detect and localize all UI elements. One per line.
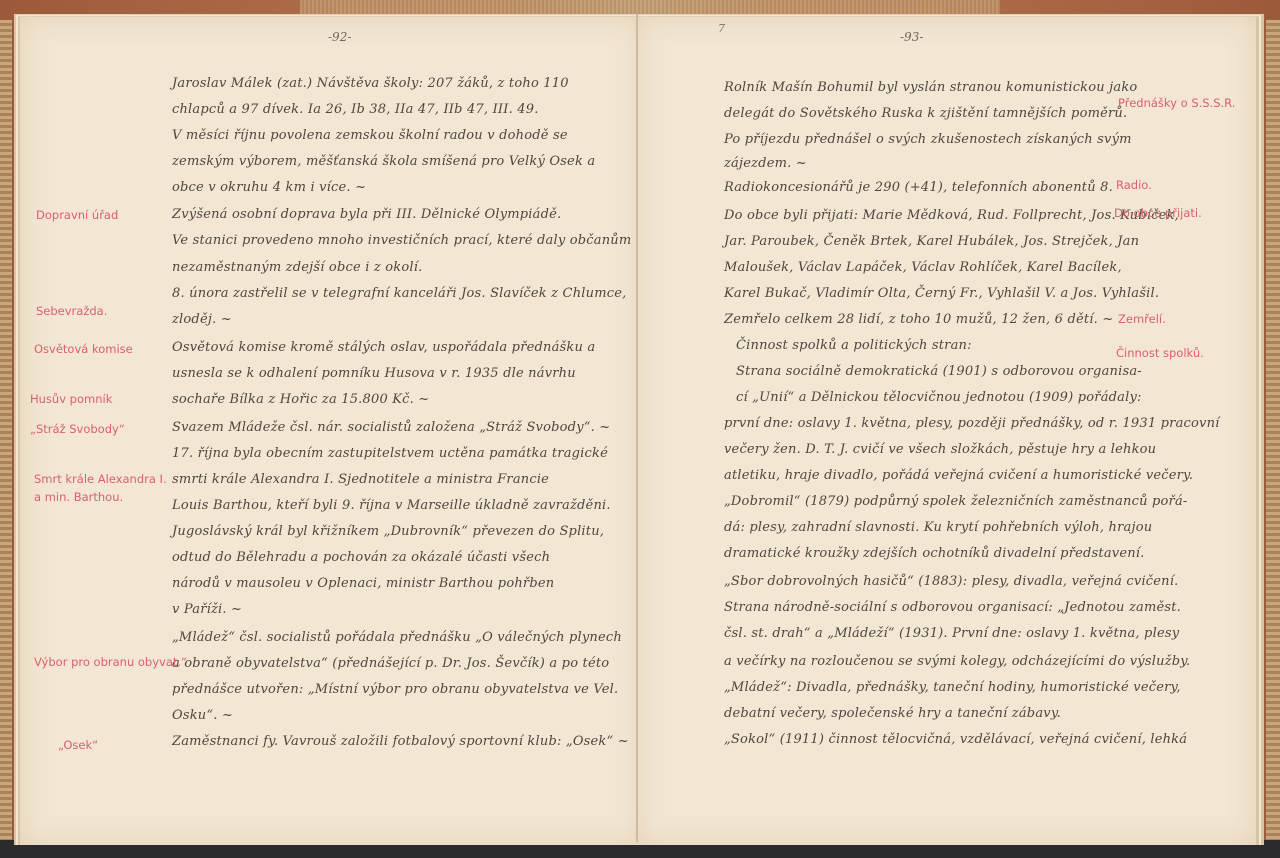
left-line: 17. října byla obecním zastupitelstvem u… (172, 446, 608, 461)
margin-note: Osvětová komise (34, 342, 133, 356)
left-line: V měsíci říjnu povolena zemskou školní r… (172, 128, 568, 143)
left-line: obce v okruhu 4 km i více. ~ (172, 180, 366, 195)
right-line: „Sokol“ (1911) činnost tělocvičná, vzděl… (724, 732, 1187, 747)
left-line: Louis Barthou, kteří byli 9. října v Mar… (172, 498, 611, 513)
left-line: v Paříži. ~ (172, 602, 242, 617)
corner-mark: 7 (718, 22, 725, 35)
margin-note: „Stráž Svobody“ (30, 422, 125, 436)
right-line: debatní večery, společenské hry a tanečn… (724, 706, 1061, 721)
left-line: chlapců a 97 dívek. Ia 26, Ib 38, IIa 47… (172, 102, 539, 117)
left-line: přednášce utvořen: „Místní výbor pro obr… (172, 682, 618, 697)
margin-note: Sebevražda. (36, 304, 107, 318)
right-line: večery žen. D. T. J. cvičí ve všech slož… (724, 442, 1156, 457)
right-line: delegát do Sovětského Ruska k zjištění t… (724, 106, 1127, 121)
margin-note: a min. Barthou. (34, 490, 123, 504)
left-line: „Mládež“ čsl. socialistů pořádala předná… (172, 630, 622, 645)
right-line: Karel Bukač, Vladimír Olta, Černý Fr., V… (724, 286, 1159, 301)
left-line: a obraně obyvatelstva“ (přednášející p. … (172, 656, 609, 671)
left-cover-edge (0, 20, 12, 840)
left-line: odtud do Bělehradu a pochován za okázalé… (172, 550, 550, 565)
right-line: „Mládež“: Divadla, přednášky, taneční ho… (724, 680, 1181, 695)
left-line: zloděj. ~ (172, 312, 232, 327)
book-spine (636, 14, 638, 842)
page-number-left: -92- (328, 30, 351, 44)
right-line: Rolník Mašín Bohumil byl vyslán stranou … (724, 80, 1137, 95)
right-line: Jar. Paroubek, Čeněk Brtek, Karel Hubále… (724, 234, 1139, 249)
margin-note: Smrt krále Alexandra I. (34, 472, 167, 486)
left-line: Zaměstnanci fy. Vavrouš založili fotbalo… (172, 734, 629, 749)
margin-note: Radio. (1116, 178, 1152, 192)
margin-note: Dopravní úřad (36, 208, 118, 222)
left-line: Osku“. ~ (172, 708, 233, 723)
left-line: smrti krále Alexandra I. Sjednotitele a … (172, 472, 549, 487)
right-line: Strana sociálně demokratická (1901) s od… (736, 364, 1142, 379)
margin-note: „Osek“ (58, 738, 98, 752)
right-cover-edge (1266, 20, 1280, 840)
margin-note: Činnost spolků. (1116, 346, 1204, 360)
margin-note: Přednášky o S.S.S.R. (1118, 96, 1235, 110)
left-line: usnesla se k odhalení pomníku Husova v r… (172, 366, 576, 381)
left-line: Jaroslav Málek (zat.) Návštěva školy: 20… (172, 76, 569, 91)
left-line: zemským výborem, měšťanská škola smíšená… (172, 154, 595, 169)
margin-note: Zemřelí. (1118, 312, 1166, 326)
right-line: a večírky na rozloučenou se svými kolegy… (724, 654, 1190, 669)
right-line: atletiku, hraje divadlo, pořádá veřejná … (724, 468, 1193, 483)
right-line: dá: plesy, zahradní slavnosti. Ku krytí … (724, 520, 1152, 535)
right-line: „Sbor dobrovolných hasičů“ (1883): plesy… (724, 574, 1178, 589)
right-line: Maloušek, Václav Lapáček, Václav Rohlíče… (724, 260, 1122, 275)
page-number-right: -93- (900, 30, 923, 44)
right-line: Činnost spolků a politických stran: (736, 338, 972, 353)
right-line: Strana národně-sociální s odborovou orga… (724, 600, 1181, 615)
right-line: cí „Unií“ a Dělnickou tělocvičnou jednot… (736, 390, 1142, 405)
right-line: Po příjezdu přednášel o svých zkušenoste… (724, 132, 1132, 147)
left-line: sochaře Bílka z Hořic za 15.800 Kč. ~ (172, 392, 429, 407)
left-line: Svazem Mládeže čsl. nár. socialistů zalo… (172, 420, 610, 435)
right-line: dramatické kroužky zdejších ochotníků di… (724, 546, 1144, 561)
left-line: národů v mausoleu v Oplenaci, ministr Ba… (172, 576, 554, 591)
right-line: Do obce byli přijati: Marie Mědková, Rud… (724, 208, 1179, 223)
right-line: „Dobromil“ (1879) podpůrný spolek železn… (724, 494, 1188, 509)
left-line: Osvětová komise kromě stálých oslav, usp… (172, 340, 595, 355)
left-line: Ve stanici provedeno mnoho investičních … (172, 233, 631, 248)
right-line: první dne: oslavy 1. května, plesy, pozd… (724, 416, 1220, 431)
left-line: Zvýšená osobní doprava byla při III. Děl… (172, 207, 561, 222)
left-line: nezaměstnaným zdejší obce i z okolí. (172, 260, 422, 275)
margin-note: Do obce přijati. (1114, 206, 1202, 220)
right-line: Radiokoncesionářů je 290 (+41), telefonn… (724, 180, 1113, 195)
margin-note: Výbor pro obranu obyvat.“ (34, 655, 187, 669)
right-line: čsl. st. drah“ a „Mládeží“ (1931). První… (724, 626, 1179, 641)
margin-note: Husův pomník (30, 392, 112, 406)
left-line: Jugoslávský král byl křižníkem „Dubrovní… (172, 524, 604, 539)
right-line: zájezdem. ~ (724, 156, 807, 171)
left-line: 8. února zastřelil se v telegrafní kance… (172, 286, 626, 301)
right-line: Zemřelo celkem 28 lidí, z toho 10 mužů, … (724, 312, 1113, 327)
